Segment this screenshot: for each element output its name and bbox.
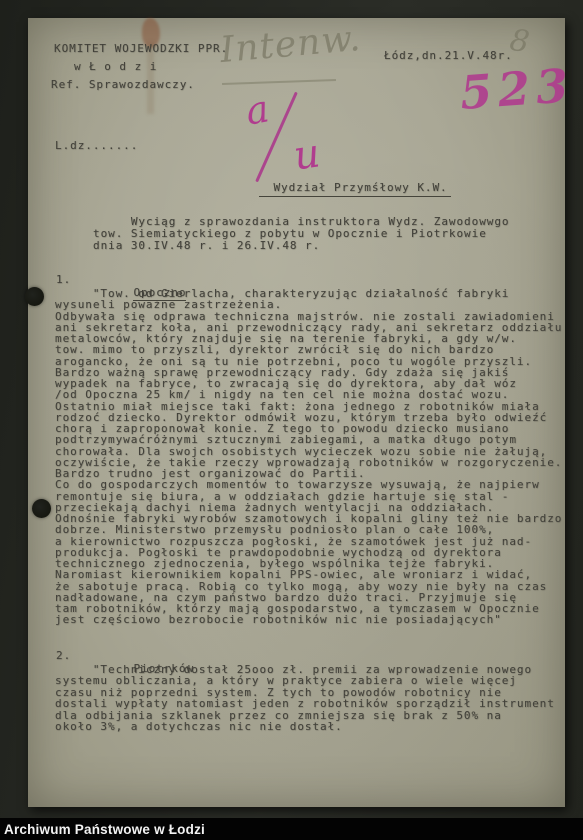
section-2-body: "Techniczny dostał 25ooo zł. premii za w… [55, 664, 555, 675]
text-line: /od Opoczna 25 km/ i nigdy na ten cel ni… [55, 389, 562, 400]
letterhead-org-city: w Ł o d z i [74, 60, 157, 73]
archive-watermark-text: Archiwum Państwowe w Łodzi [0, 822, 205, 837]
text-line: Co do gospodarczych momentów to towarzys… [55, 479, 562, 490]
handwritten-page-number: 8 [507, 23, 531, 61]
section-2-number: 2. [56, 649, 71, 662]
hole-punch-bottom [32, 499, 51, 518]
date-line: Łódz,dn.21.V.48r. [384, 49, 513, 62]
text-line: wysuneli poważne zastrzeżenia. [55, 299, 562, 310]
text-line: dostali wypłaty natomiast jeden z robotn… [55, 698, 555, 709]
document-title-text: Wydział Przymśłowy K.W. [259, 181, 450, 197]
text-line: dobrze. Ministerstwo przemysłu podniosło… [55, 524, 562, 535]
document-page: KOMITET WOJEWODZKI PPR. w Ł o d z i Ref.… [28, 18, 565, 807]
text-line: dnia 30.IV.48 r. i 26.IV.48 r. [93, 240, 510, 252]
reference-number-label: L.dz....... [55, 139, 138, 152]
text-line: tow. Siemiatyckiego z pobytu w Opocznie … [93, 228, 510, 240]
hole-punch-top [25, 287, 44, 306]
section-1-number: 1. [56, 273, 71, 286]
handwritten-pencil-note: Intenw. [218, 18, 362, 71]
text-line: podtrzymywaćróżnymi sztucznymi zabiegami… [55, 434, 562, 445]
handwritten-pencil-underline [222, 79, 336, 85]
document-title: Wydział Przymśłowy K.W. [214, 168, 451, 207]
letterhead-org-dept: Ref. Sprawozdawczy. [51, 78, 195, 91]
text-line: Naromiast kierownikiem kopalni PPS-owiec… [55, 569, 562, 580]
text-line: tow. mimo to przyszli, dyrektor zwrócił … [55, 344, 562, 355]
text-line: około 3%, a dotychczas nic nie dostał. [55, 721, 555, 732]
handwritten-ink-initial-a: a [242, 86, 272, 133]
letterhead-org-name: KOMITET WOJEWODZKI PPR. [54, 42, 228, 55]
text-line: jest częściowo bezrobocie robotników nic… [55, 614, 562, 625]
section-1-body: "Tow. od Gierlacha, charakteryzując dzia… [55, 288, 562, 299]
intro-paragraph: Wyciąg z sprawozdania instruktora Wydz. … [93, 216, 510, 228]
archive-watermark-bar: Archiwum Państwowe w Łodzi [0, 818, 583, 840]
handwritten-ink-number: 523 [458, 58, 576, 120]
archive-scan: KOMITET WOJEWODZKI PPR. w Ł o d z i Ref.… [0, 0, 583, 840]
